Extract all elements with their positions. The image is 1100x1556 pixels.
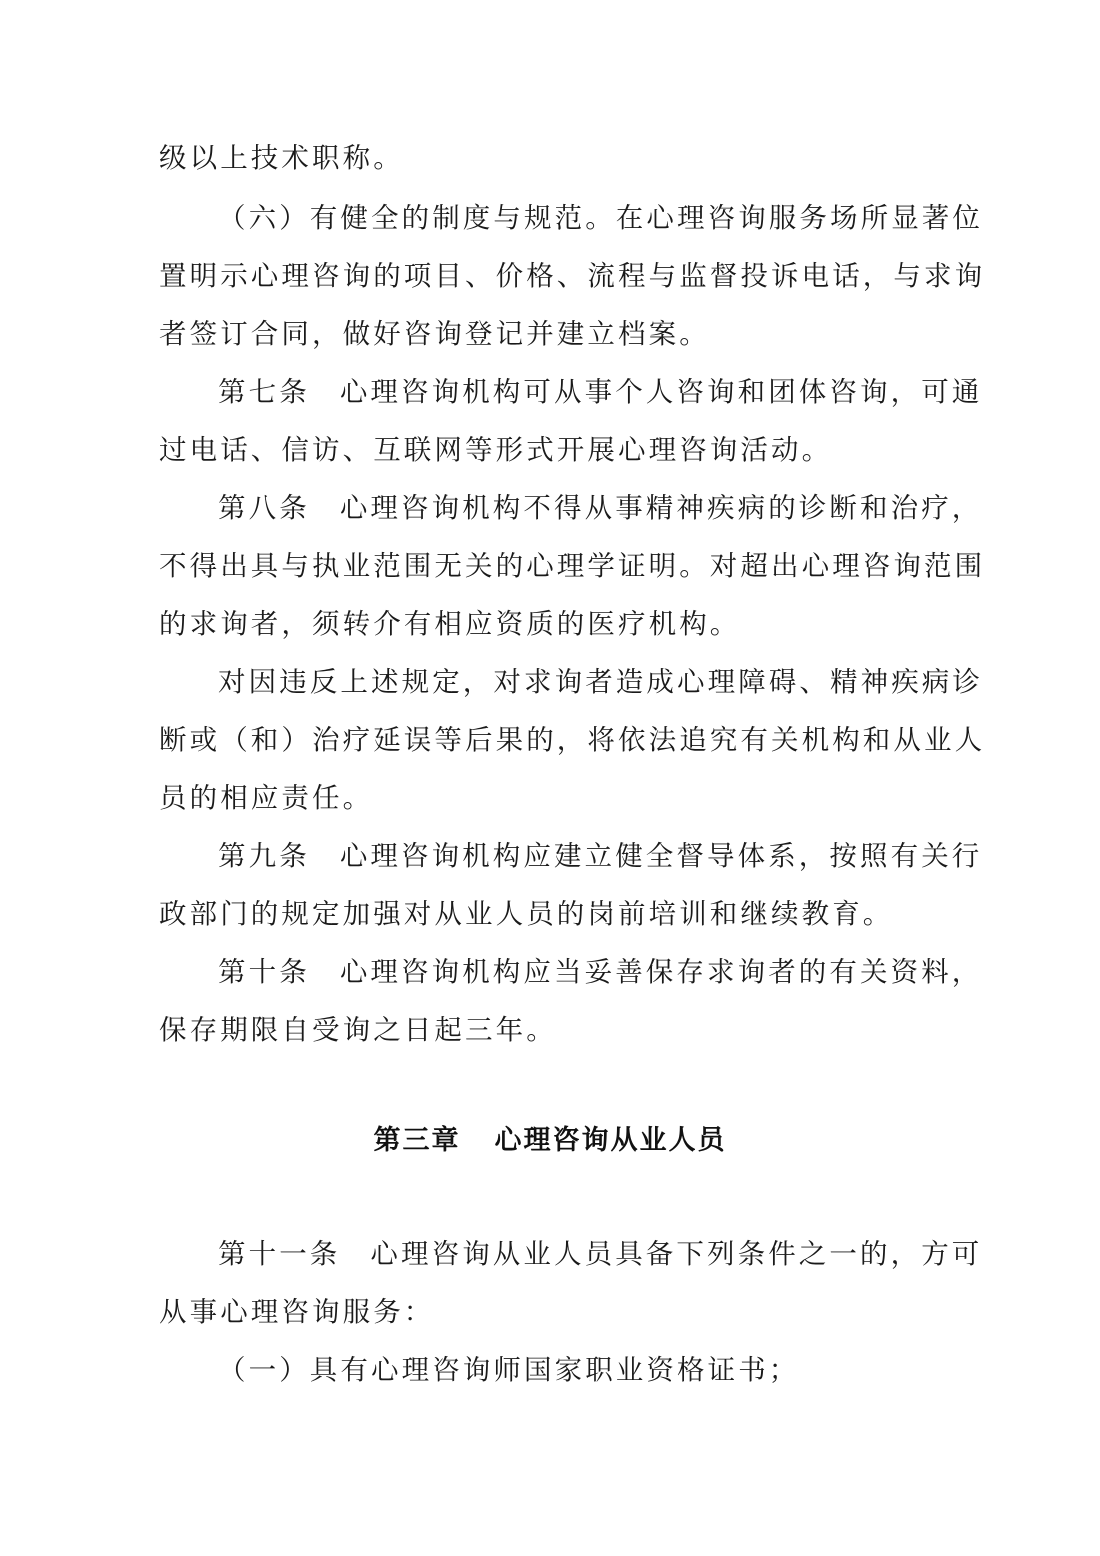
paragraph-line: 政部门的规定加强对从业人员的岗前培训和继续教育。 xyxy=(159,894,949,934)
article-first-line: 第十条心理咨询机构应当妥善保存求询者的有关资料， xyxy=(218,952,1008,992)
paragraph-line: 从事心理咨询服务： xyxy=(159,1292,949,1332)
article-first-line: 第七条心理咨询机构可从事个人咨询和团体咨询，可通 xyxy=(218,372,1008,412)
article-text: 心理咨询机构应建立健全督导体系，按照有关行 xyxy=(340,840,983,872)
article-text: 心理咨询机构应当妥善保存求询者的有关资料， xyxy=(340,956,983,988)
article-number: 第七条 xyxy=(218,376,310,408)
list-item: （一）具有心理咨询师国家职业资格证书； xyxy=(218,1350,1008,1390)
paragraph-line: 对因违反上述规定，对求询者造成心理障碍、精神疾病诊 xyxy=(218,662,1008,702)
paragraph-line: （六）有健全的制度与规范。在心理咨询服务场所显著位 xyxy=(218,198,1008,238)
article-first-line: 第八条心理咨询机构不得从事精神疾病的诊断和治疗， xyxy=(218,488,1008,528)
article-first-line: 第九条心理咨询机构应建立健全督导体系，按照有关行 xyxy=(218,836,1008,876)
article-number: 第八条 xyxy=(218,492,310,524)
article-first-line: 第十一条心理咨询从业人员具备下列条件之一的，方可 xyxy=(218,1234,1008,1274)
article-number: 第十一条 xyxy=(218,1238,340,1270)
document-page: 级以上技术职称。 （六）有健全的制度与规范。在心理咨询服务场所显著位 置明示心理… xyxy=(0,0,1100,1556)
chapter-number: 第三章 xyxy=(374,1125,461,1156)
paragraph-line: 级以上技术职称。 xyxy=(159,138,949,178)
paragraph-line: 置明示心理咨询的项目、价格、流程与监督投诉电话，与求询 xyxy=(159,256,949,296)
paragraph-line: 断或（和）治疗延误等后果的，将依法追究有关机构和从业人 xyxy=(159,720,949,760)
article-number: 第十条 xyxy=(218,956,310,988)
paragraph-line: 保存期限自受询之日起三年。 xyxy=(159,1010,949,1050)
chapter-heading: 第三章心理咨询从业人员 xyxy=(0,1121,1100,1161)
article-text: 心理咨询机构不得从事精神疾病的诊断和治疗， xyxy=(340,492,983,524)
paragraph-line: 员的相应责任。 xyxy=(159,778,949,818)
paragraph-line: 过电话、信访、互联网等形式开展心理咨询活动。 xyxy=(159,430,949,470)
article-text: 心理咨询机构可从事个人咨询和团体咨询，可通 xyxy=(340,376,983,408)
article-text: 心理咨询从业人员具备下列条件之一的，方可 xyxy=(370,1238,982,1270)
chapter-title: 心理咨询从业人员 xyxy=(495,1125,727,1156)
paragraph-line: 不得出具与执业范围无关的心理学证明。对超出心理咨询范围 xyxy=(159,546,949,586)
paragraph-line: 的求询者，须转介有相应资质的医疗机构。 xyxy=(159,604,949,644)
article-number: 第九条 xyxy=(218,840,310,872)
paragraph-line: 者签订合同，做好咨询登记并建立档案。 xyxy=(159,314,949,354)
